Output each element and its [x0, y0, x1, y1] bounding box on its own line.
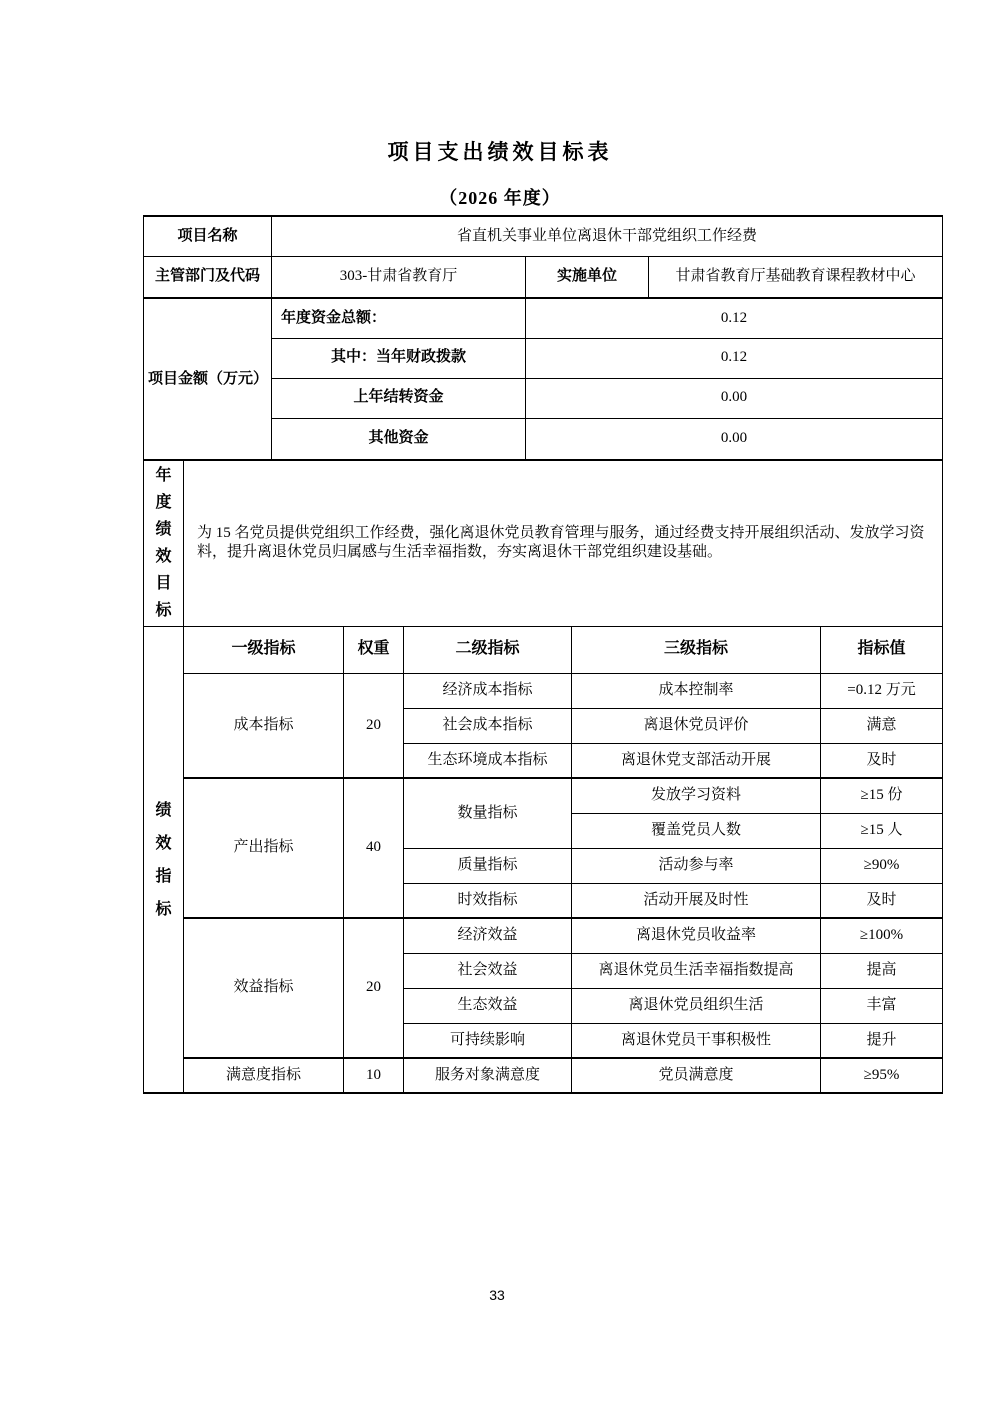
- group-name-satisfaction: 满意度指标: [184, 1058, 344, 1093]
- indicator-row: 成本指标 20 经济成本指标 成本控制率 =0.12 万元: [144, 673, 943, 708]
- annual-goal-text: 为 15 名党员提供党组织工作经费，强化离退休党员教育管理与服务，通过经费支持开…: [184, 460, 943, 627]
- header-l1: 一级指标: [184, 627, 344, 673]
- doc-subtitle: （2026 年度）: [0, 184, 1000, 210]
- dept-code-value: 303-甘肃省教育厅: [272, 256, 526, 298]
- header-value: 指标值: [821, 627, 943, 673]
- annual-goal-label: 年度绩效目标: [156, 462, 172, 624]
- indicator-l3: 离退休党员组织生活: [572, 988, 821, 1023]
- amount-fiscal-label: 其中：当年财政拨款: [272, 338, 526, 378]
- dept-code-label: 主管部门及代码: [144, 256, 272, 298]
- indicator-l3: 离退休党员干事积极性: [572, 1023, 821, 1058]
- amount-row-total: 项目金额（万元） 年度资金总额： 0.12: [144, 298, 943, 338]
- annual-goal-label-cell: 年度绩效目标: [144, 460, 184, 627]
- indicator-l2: 生态环境成本指标: [404, 743, 572, 778]
- project-name-value: 省直机关事业单位离退休干部党组织工作经费: [272, 216, 943, 256]
- indicator-l2: 质量指标: [404, 848, 572, 883]
- indicator-l3: 覆盖党员人数: [572, 813, 821, 848]
- group-weight-satisfaction: 10: [344, 1058, 404, 1093]
- amount-total-value: 0.12: [526, 298, 943, 338]
- indicator-value: 满意: [821, 708, 943, 743]
- indicator-l2: 社会效益: [404, 953, 572, 988]
- amount-total-label: 年度资金总额：: [272, 298, 526, 338]
- group-weight-benefit: 20: [344, 918, 404, 1058]
- indicator-l2: 经济成本指标: [404, 673, 572, 708]
- amount-label: 项目金额（万元）: [144, 298, 272, 460]
- indicator-value: 丰富: [821, 988, 943, 1023]
- indicator-l3: 活动开展及时性: [572, 883, 821, 918]
- indicators-table: 绩效指标 一级指标 权重 二级指标 三级指标 指标值 成本指标 20 经济成本指…: [143, 627, 943, 1094]
- amount-other-value: 0.00: [526, 418, 943, 460]
- indicator-value: 提升: [821, 1023, 943, 1058]
- indicator-value: ≥15 份: [821, 778, 943, 813]
- indicator-l2: 时效指标: [404, 883, 572, 918]
- indicators-label: 绩效指标: [156, 794, 172, 926]
- indicator-l3: 活动参与率: [572, 848, 821, 883]
- indicator-value: ≥15 人: [821, 813, 943, 848]
- indicator-l2: 社会成本指标: [404, 708, 572, 743]
- indicator-value: =0.12 万元: [821, 673, 943, 708]
- project-info-table: 项目名称 省直机关事业单位离退休干部党组织工作经费 主管部门及代码 303-甘肃…: [143, 215, 943, 461]
- indicator-value: ≥90%: [821, 848, 943, 883]
- header-weight: 权重: [344, 627, 404, 673]
- impl-unit-value: 甘肃省教育厅基础教育课程教材中心: [649, 256, 943, 298]
- indicator-value: 提高: [821, 953, 943, 988]
- indicator-value: ≥100%: [821, 918, 943, 953]
- impl-unit-label: 实施单位: [526, 256, 649, 298]
- indicator-l3: 离退休党员评价: [572, 708, 821, 743]
- annual-goal-table: 年度绩效目标 为 15 名党员提供党组织工作经费，强化离退休党员教育管理与服务，…: [143, 459, 943, 627]
- indicator-l2: 经济效益: [404, 918, 572, 953]
- header-l3: 三级指标: [572, 627, 821, 673]
- amount-other-label: 其他资金: [272, 418, 526, 460]
- indicator-l3: 成本控制率: [572, 673, 821, 708]
- amount-carryover-label: 上年结转资金: [272, 378, 526, 418]
- indicator-l3: 离退休党员生活幸福指数提高: [572, 953, 821, 988]
- amount-fiscal-value: 0.12: [526, 338, 943, 378]
- group-name-cost: 成本指标: [184, 673, 344, 778]
- indicator-value: 及时: [821, 743, 943, 778]
- indicator-row: 产出指标 40 数量指标 发放学习资料 ≥15 份: [144, 778, 943, 813]
- indicator-value: ≥95%: [821, 1058, 943, 1093]
- indicator-l2: 可持续影响: [404, 1023, 572, 1058]
- group-name-output: 产出指标: [184, 778, 344, 918]
- indicator-l3: 党员满意度: [572, 1058, 821, 1093]
- indicator-l2: 数量指标: [404, 778, 572, 848]
- doc-title: 项目支出绩效目标表: [0, 136, 1000, 166]
- page-number: 33: [0, 1287, 994, 1303]
- indicator-value: 及时: [821, 883, 943, 918]
- project-name-row: 项目名称 省直机关事业单位离退休干部党组织工作经费: [144, 216, 943, 256]
- indicator-l2: 服务对象满意度: [404, 1058, 572, 1093]
- project-name-label: 项目名称: [144, 216, 272, 256]
- indicator-l3: 发放学习资料: [572, 778, 821, 813]
- header-l2: 二级指标: [404, 627, 572, 673]
- group-name-benefit: 效益指标: [184, 918, 344, 1058]
- indicator-row: 满意度指标 10 服务对象满意度 党员满意度 ≥95%: [144, 1058, 943, 1093]
- group-weight-cost: 20: [344, 673, 404, 778]
- dept-row: 主管部门及代码 303-甘肃省教育厅 实施单位 甘肃省教育厅基础教育课程教材中心: [144, 256, 943, 298]
- indicators-header-row: 绩效指标 一级指标 权重 二级指标 三级指标 指标值: [144, 627, 943, 673]
- annual-goal-row: 年度绩效目标 为 15 名党员提供党组织工作经费，强化离退休党员教育管理与服务，…: [144, 460, 943, 627]
- indicator-l2: 生态效益: [404, 988, 572, 1023]
- group-weight-output: 40: [344, 778, 404, 918]
- indicators-label-cell: 绩效指标: [144, 627, 184, 1093]
- indicator-l3: 离退休党员收益率: [572, 918, 821, 953]
- indicator-row: 效益指标 20 经济效益 离退休党员收益率 ≥100%: [144, 918, 943, 953]
- indicator-l3: 离退休党支部活动开展: [572, 743, 821, 778]
- amount-carryover-value: 0.00: [526, 378, 943, 418]
